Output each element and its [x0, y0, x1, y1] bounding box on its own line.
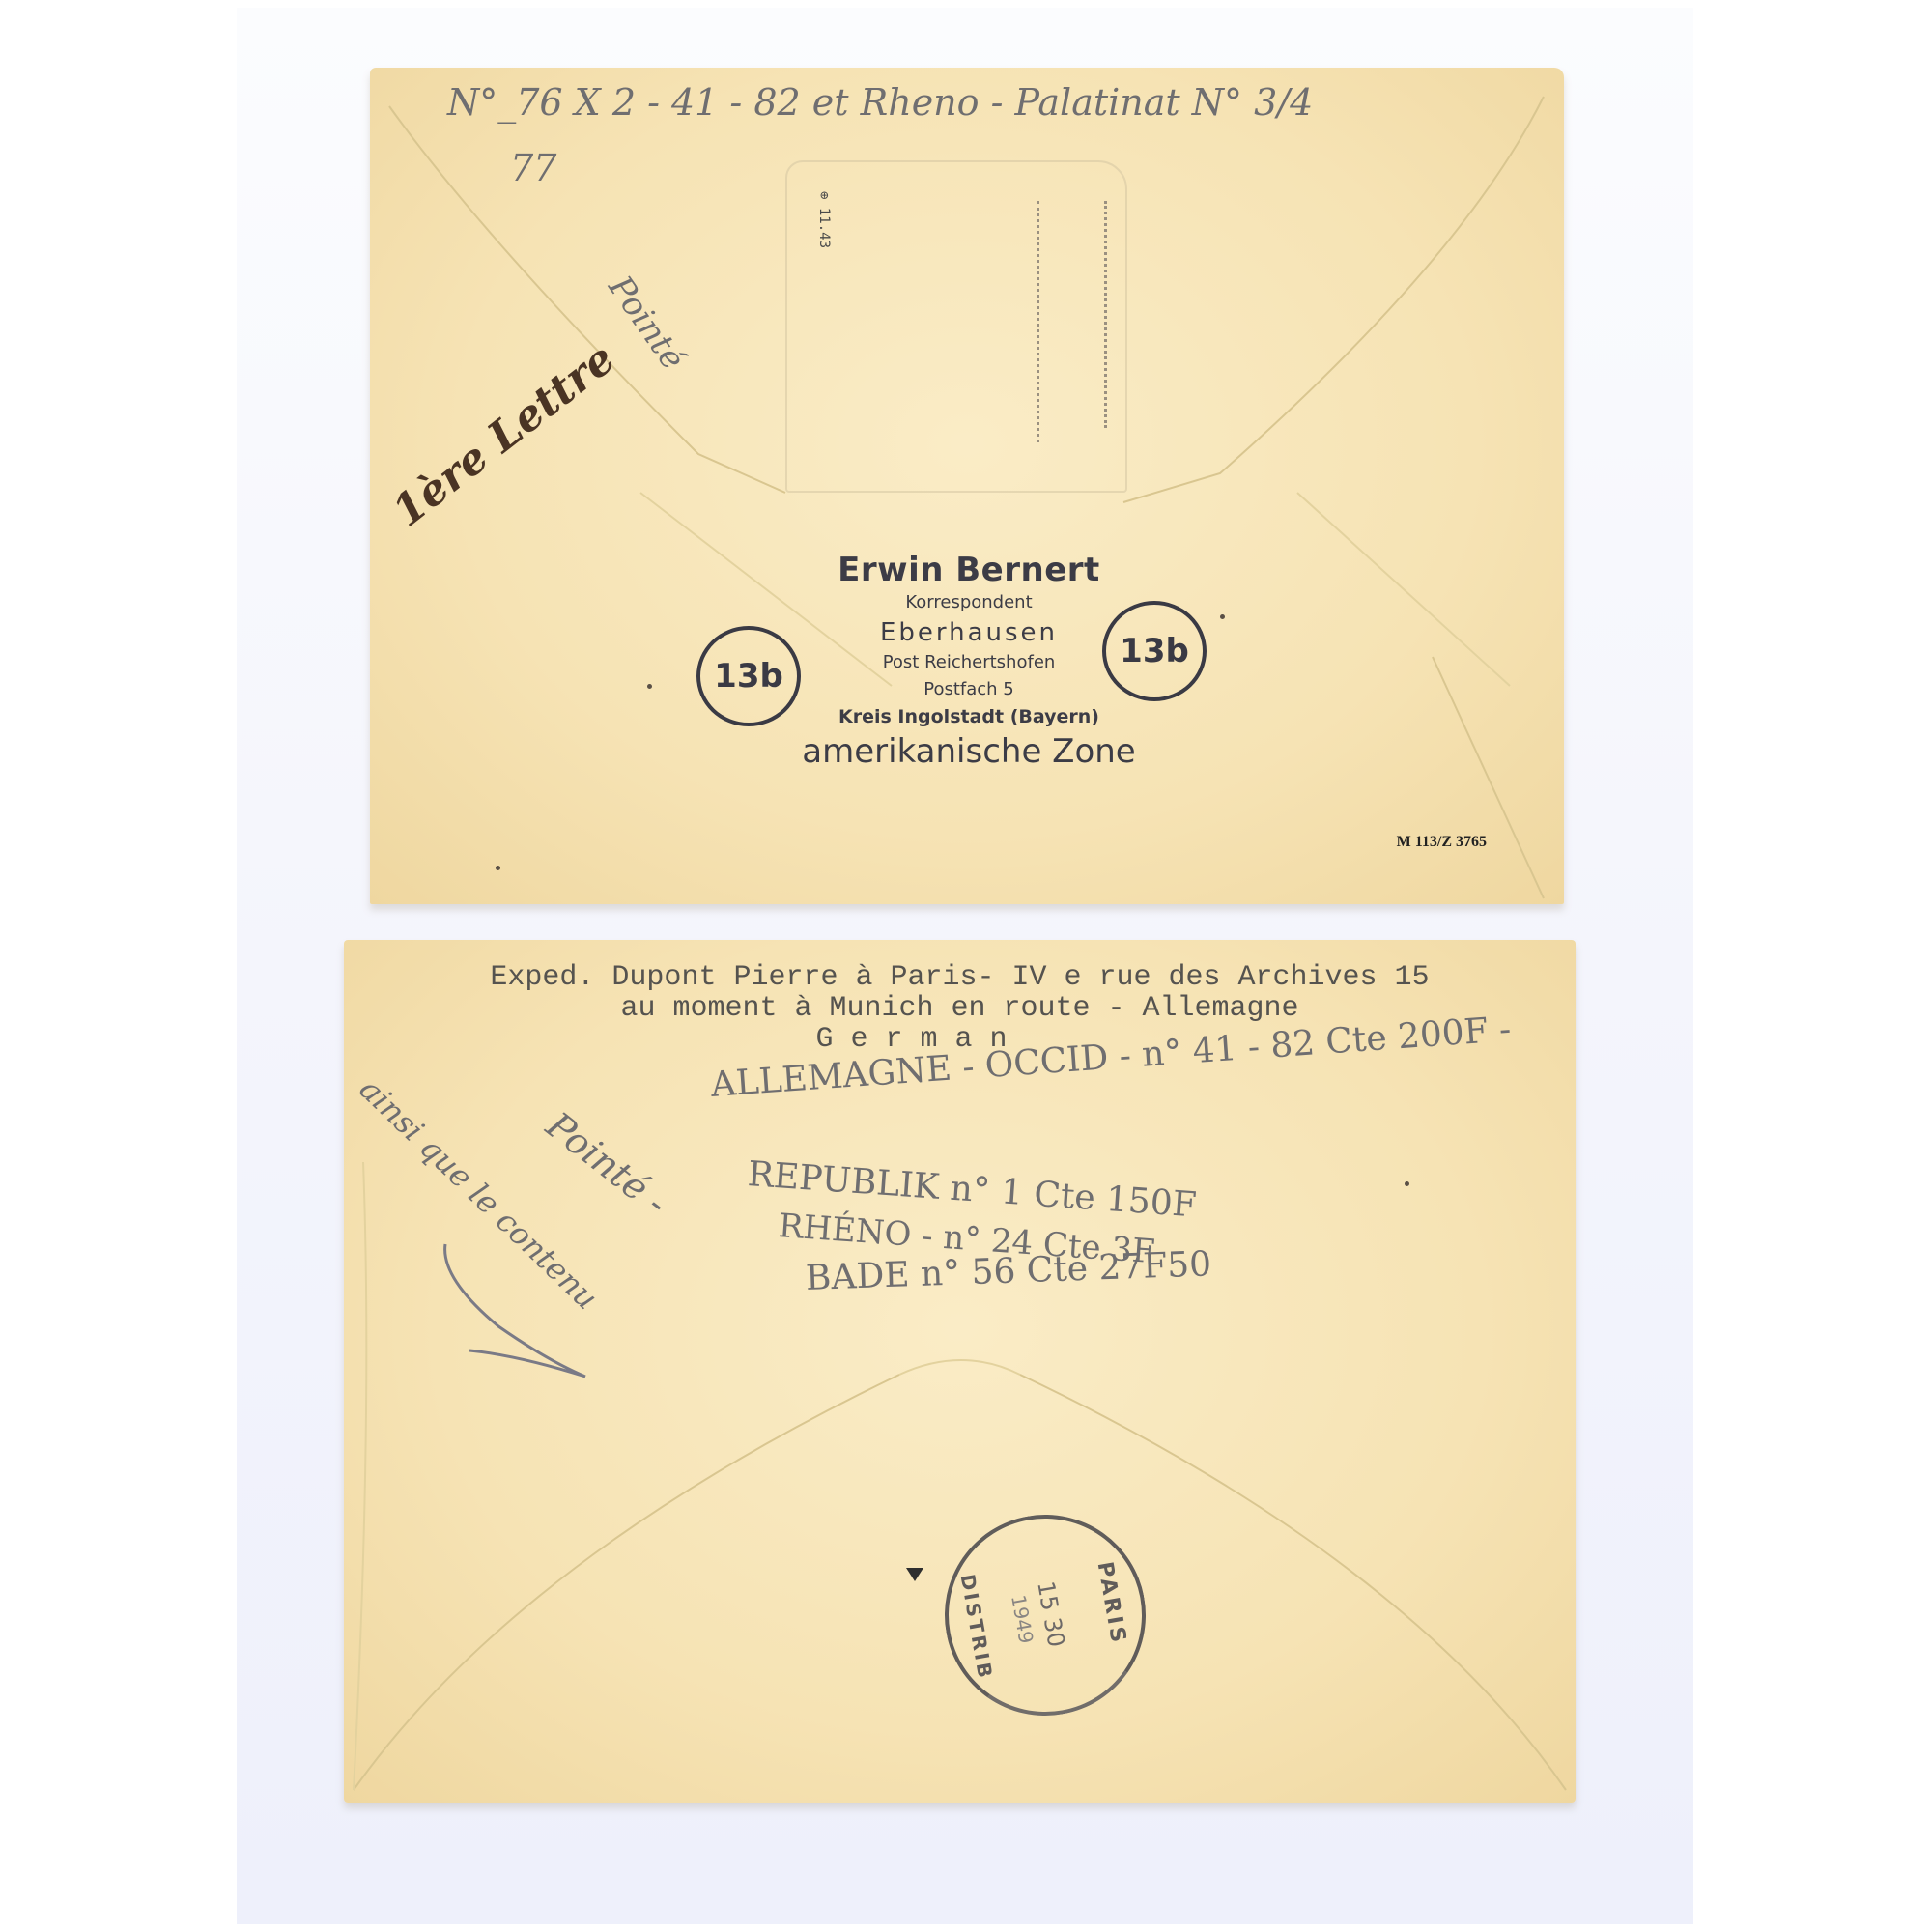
checkmark-icon [440, 1239, 634, 1384]
envelope-top: N°_76 X 2 - 41 - 82 et Rheno - Palatinat… [370, 68, 1564, 904]
dotted-line-left [1037, 201, 1039, 442]
printer-mark: ⊕ 11.43 [816, 191, 832, 248]
speck [647, 684, 652, 689]
printer-date: 11.43 [816, 208, 832, 248]
printer-logo-icon: ⊕ [816, 191, 832, 199]
sender-zone: amerikanische Zone [776, 730, 1162, 773]
sender-box: Postfach 5 [776, 676, 1162, 703]
form-code: M 113/Z 3765 [1397, 834, 1487, 851]
censor-stamp-right: 13b [1102, 601, 1207, 701]
sender-title: Korrespondent [776, 589, 1162, 616]
pencil-note-number: 77 [510, 147, 556, 189]
speck [1405, 1181, 1409, 1186]
sender-district: Kreis Ingolstadt (Bayern) [776, 703, 1162, 730]
envelope-bottom: Exped. Dupont Pierre à Paris- IV e rue d… [344, 940, 1576, 1803]
speck [1220, 614, 1225, 619]
dotted-line-right [1104, 201, 1107, 428]
address-window-panel: ⊕ 11.43 [785, 160, 1127, 493]
pencil-note-catalog: N°_76 X 2 - 41 - 82 et Rheno - Palatinat… [447, 81, 1313, 124]
speck [496, 866, 500, 870]
sender-name: Erwin Bernert [776, 551, 1162, 589]
marker-triangle-icon [906, 1568, 923, 1581]
censor-stamp-left: 13b [696, 626, 801, 726]
typed-sender-line-1: Exped. Dupont Pierre à Paris- IV e rue d… [344, 961, 1576, 994]
